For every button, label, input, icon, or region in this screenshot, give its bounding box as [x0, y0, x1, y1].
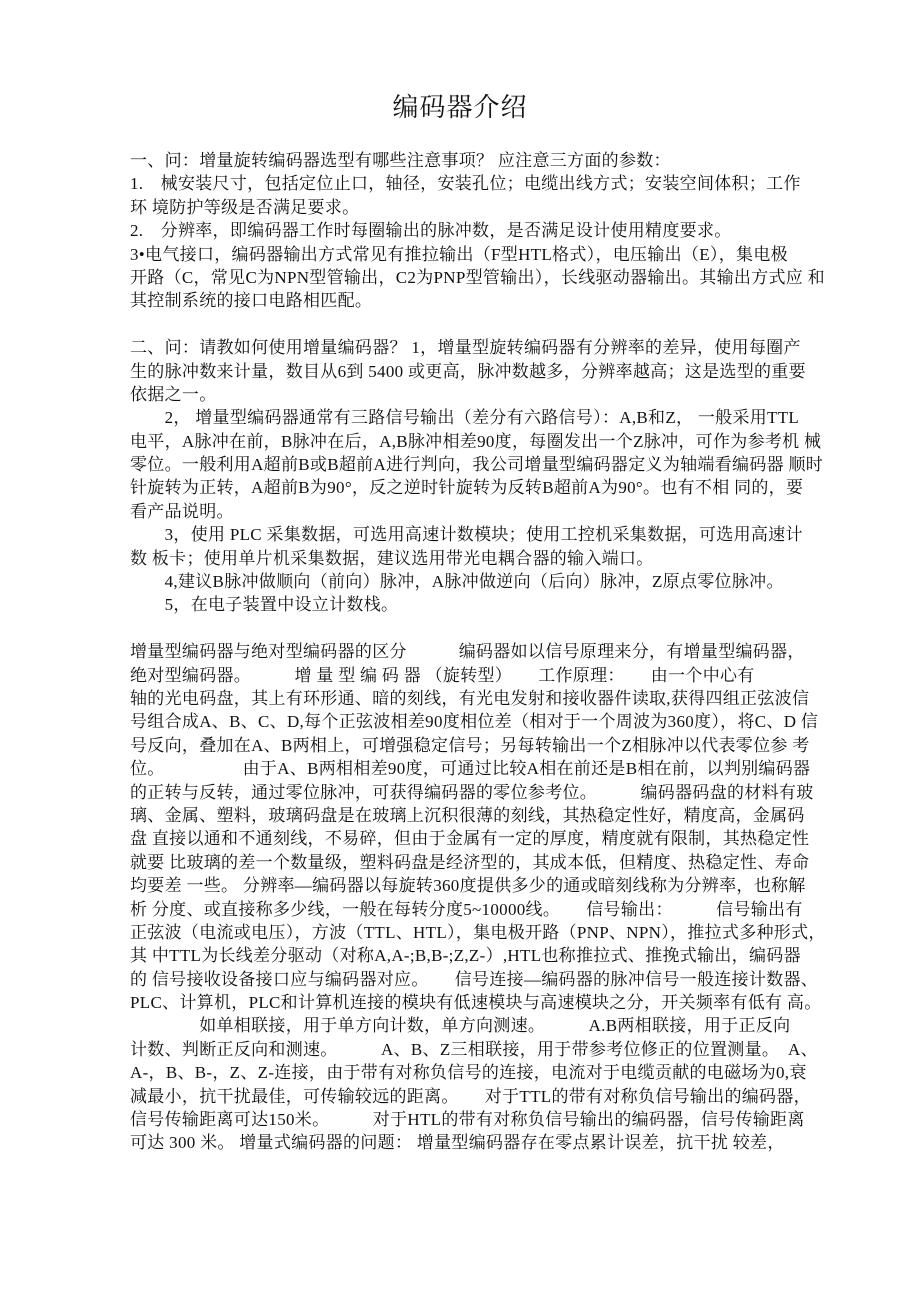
text-line: 盘 直接以通和不通刻线，不易碎，但由于金属有一定的厚度，精度就有限制，其热稳定性: [130, 827, 798, 850]
text-line: 号反向，叠加在A、B两相上，可增强稳定信号；另每转输出一个Z相脉冲以代表零位参 …: [130, 734, 798, 757]
text-line: 析 分度、或直接称多少线，一般在每转分度5~10000线。 信号输出： 信号输出…: [130, 898, 798, 921]
text-line: 其控制系统的接口电路相匹配。: [130, 289, 798, 312]
document-body: 一、问：增量旋转编码器选型有哪些注意事项？ 应注意三方面的参数： 1. 械安装尺…: [130, 149, 798, 1155]
text-line: 绝对型编码器。 增 量 型 编 码 器 （旋转型） 工作原理： 由一个中心有: [130, 664, 798, 687]
text-line: A-，B、B-，Z、Z-连接，由于带有对称负信号的连接，电流对于电缆贡献的电磁场…: [130, 1061, 798, 1084]
text-line: 如单相联接，用于单方向计数，单方向测速。 A.B两相联接，用于正反向: [130, 1014, 798, 1037]
document-title: 编码器介绍: [0, 0, 920, 124]
text-line: 3•电气接口，编码器输出方式常见有推拉输出（F型HTL格式），电压输出（E），集…: [130, 243, 798, 266]
text-line: 增量型编码器与绝对型编码器的区分 编码器如以信号原理来分，有增量型编码器，: [130, 640, 798, 663]
text-line: PLC、计算机，PLC和计算机连接的模块有低速模块与高速模块之分，开关频率有低有…: [130, 991, 798, 1014]
text-line: 正弦波（电流或电压），方波（TTL、HTL），集电极开路（PNP、NPN），推拉…: [130, 921, 798, 944]
text-line: 1. 械安装尺寸，包括定位止口，轴径，安装孔位；电缆出线方式；安装空间体积；工作: [130, 172, 798, 195]
text-line: 就要 比玻璃的差一个数量级，塑料码盘是经济型的，其成本低，但精度、热稳定性、寿命: [130, 851, 798, 874]
text-line: 数 板卡；使用单片机采集数据，建议选用带光电耦合器的输入端口。: [130, 547, 798, 570]
text-line: 3，使用 PLC 采集数据，可选用高速计数模块；使用工控机采集数据，可选用高速计: [130, 523, 798, 546]
text-line: 电平，A脉冲在前，B脉冲在后，A,B脉冲相差90度，每圈发出一个Z脉冲，可作为参…: [130, 430, 798, 453]
text-line: 环 境防护等级是否满足要求。: [130, 196, 798, 219]
text-line: 4,建议B脉冲做顺向（前向）脉冲，A脉冲做逆向（后向）脉冲，Z原点零位脉冲。: [130, 570, 798, 593]
text-line: 轴的光电码盘，其上有环形通、暗的刻线，有光电发射和接收器件读取,获得四组正弦波信: [130, 687, 798, 710]
text-line: 位。 由于A、B两相相差90度，可通过比较A相在前还是B相在前，以判别编码器: [130, 757, 798, 780]
text-line: 依据之一。: [130, 383, 798, 406]
paragraph-question-1: 一、问：增量旋转编码器选型有哪些注意事项？ 应注意三方面的参数： 1. 械安装尺…: [130, 149, 798, 313]
text-line: 5，在电子装置中设立计数栈。: [130, 593, 798, 616]
text-line: 其 中TTL为长线差分驱动（对称A,A-;B,B-;Z,Z-）,HTL也称推拉式…: [130, 944, 798, 967]
document-page: 编码器介绍 一、问：增量旋转编码器选型有哪些注意事项？ 应注意三方面的参数： 1…: [0, 0, 920, 1302]
text-line: 2， 增量型编码器通常有三路信号输出（差分有六路信号）：A,B和Z， 一般采用T…: [130, 406, 798, 429]
text-line: 计数、判断正反向和测速。 A、B、Z三相联接，用于带参考位修正的位置测量。 A、: [130, 1038, 798, 1061]
text-line: 号组合成A、B、C、D,每个正弦波相差90度相位差（相对于一个周波为360度），…: [130, 710, 798, 733]
text-line: 的 信号接收设备接口应与编码器对应。 信号连接—编码器的脉冲信号一般连接计数器、: [130, 968, 798, 991]
paragraph-question-2: 二、问：请教如何使用增量编码器？ 1，增量型旋转编码器有分辨率的差异，使用每圈产…: [130, 336, 798, 617]
text-line: 璃、金属、塑料，玻璃码盘是在玻璃上沉积很薄的刻线，其热稳定性好，精度高，金属码: [130, 804, 798, 827]
text-line: 零位。一般利用A超前B或B超前A进行判向，我公司增量型编码器定义为轴端看编码器 …: [130, 453, 798, 476]
text-line: 减最小，抗干扰最佳，可传输较远的距离。 对于TTL的带有对称负信号输出的编码器，: [130, 1085, 798, 1108]
text-line: 2. 分辨率，即编码器工作时每圈输出的脉冲数，是否满足设计使用精度要求。: [130, 219, 798, 242]
text-line: 生的脉冲数来计量，数目从6到 5400 或更高，脉冲数越多，分辨率越高；这是选型…: [130, 360, 798, 383]
text-line: 可达 300 米。 增量式编码器的问题： 增量型编码器存在零点累计误差，抗干扰 …: [130, 1131, 798, 1154]
text-line: 均要差 一些。 分辨率—编码器以每旋转360度提供多少的通或暗刻线称为分辨率，也…: [130, 874, 798, 897]
text-line: 一、问：增量旋转编码器选型有哪些注意事项？ 应注意三方面的参数：: [130, 149, 798, 172]
paragraph-encoder-types: 增量型编码器与绝对型编码器的区分 编码器如以信号原理来分，有增量型编码器， 绝对…: [130, 640, 798, 1155]
text-line: 看产品说明。: [130, 500, 798, 523]
text-line: 开路（C，常见C为NPN型管输出，C2为PNP型管输出），长线驱动器输出。其输出…: [130, 266, 798, 289]
text-line: 二、问：请教如何使用增量编码器？ 1，增量型旋转编码器有分辨率的差异，使用每圈产: [130, 336, 798, 359]
text-line: 信号传输距离可达150米。 对于HTL的带有对称负信号输出的编码器，信号传输距离: [130, 1108, 798, 1131]
text-line: 的正转与反转，通过零位脉冲，可获得编码器的零位参考位。 编码器码盘的材料有玻: [130, 781, 798, 804]
text-line: 针旋转为正转，A超前B为90°，反之逆时针旋转为反转B超前A为90°。也有不相 …: [130, 476, 798, 499]
